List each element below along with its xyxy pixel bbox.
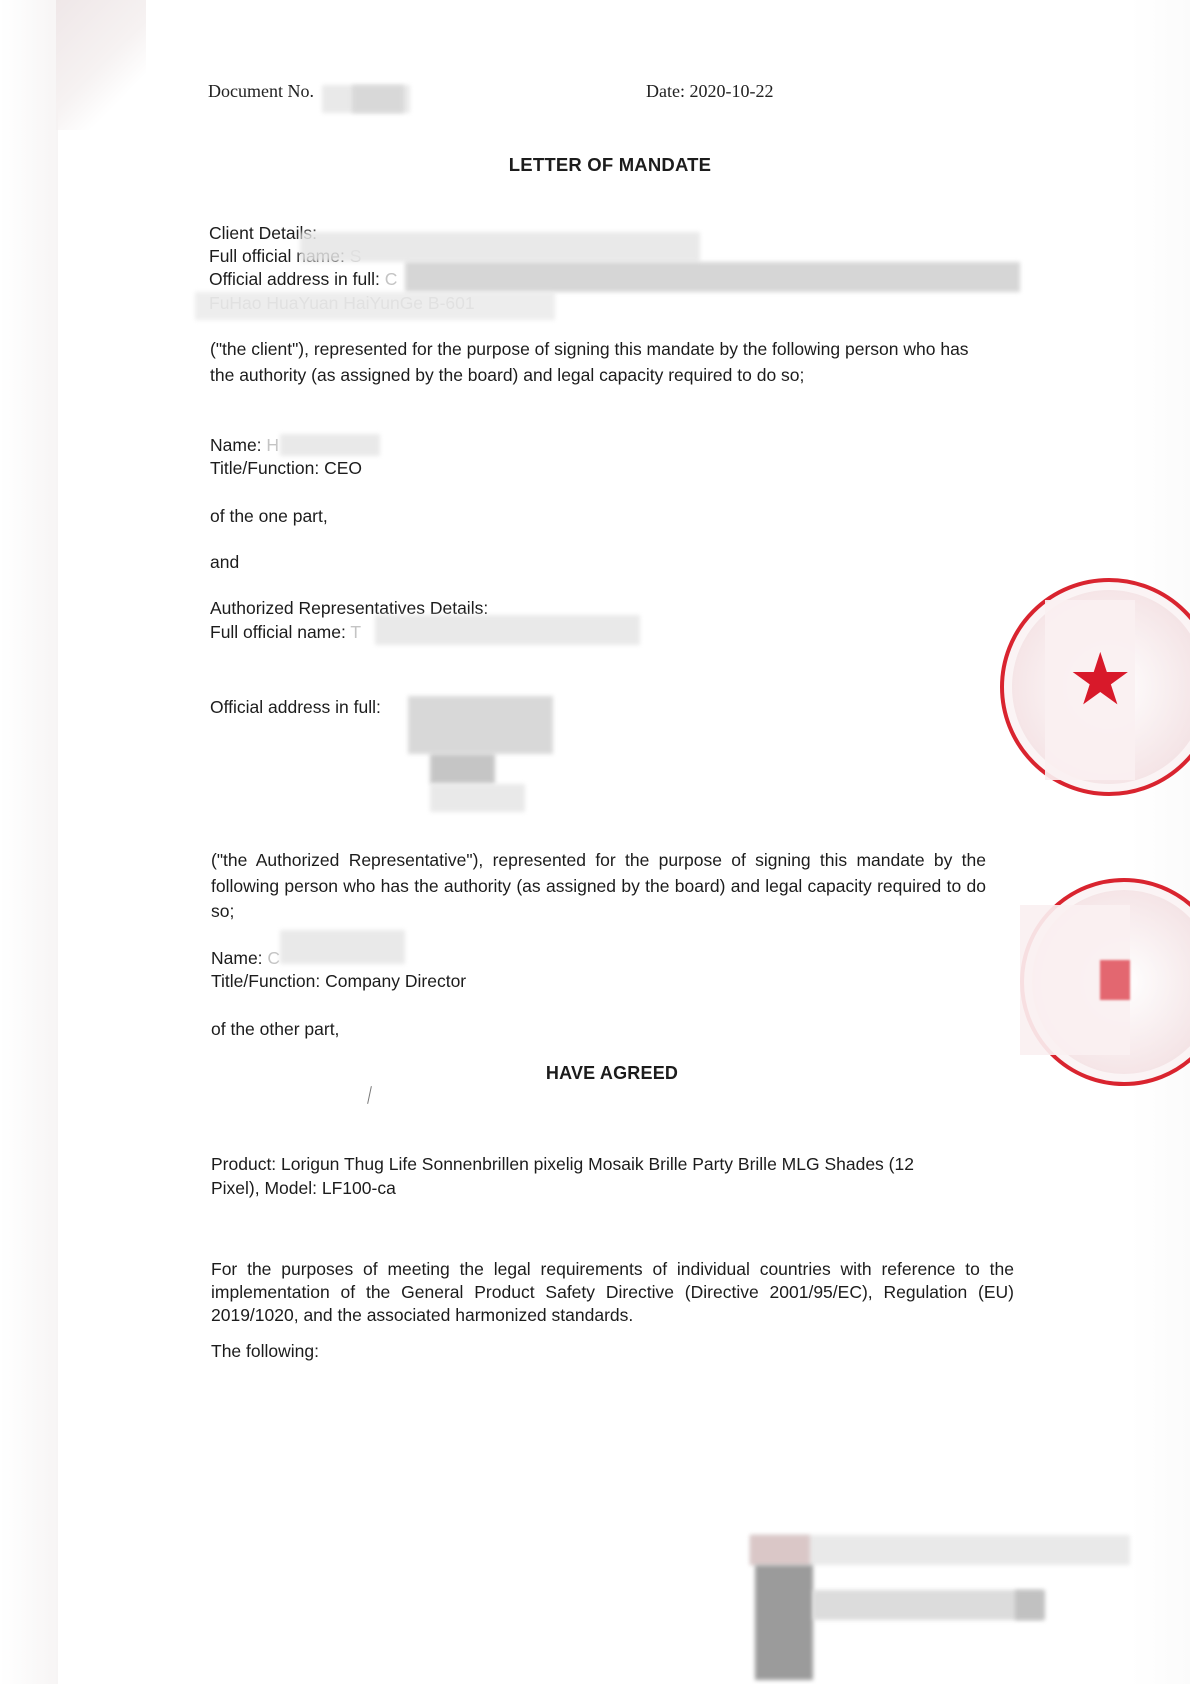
pen-mark xyxy=(367,1086,372,1104)
product-line-1: Product: Lorigun Thug Life Sonnenbrillen… xyxy=(211,1153,914,1176)
representative-signatory-name-label: Name: xyxy=(211,948,263,968)
client-clause: ("the client"), represented for the purp… xyxy=(210,337,985,388)
have-agreed-heading: HAVE AGREED xyxy=(0,1063,1190,1084)
other-part-text: of the other part, xyxy=(211,1018,339,1041)
page-edge-shadow xyxy=(0,0,58,1684)
one-part-text: of the one part, xyxy=(210,505,328,528)
representative-clause: ("the Authorized Representative"), repre… xyxy=(211,848,986,925)
redacted-representative-address-2 xyxy=(430,754,495,784)
redacted-signature-line-2 xyxy=(813,1590,1043,1620)
redacted-signature-mark xyxy=(755,1565,813,1680)
representative-address-label: Official address in full: xyxy=(210,696,381,719)
representative-signatory-name-value: C xyxy=(267,948,280,968)
redacted-representative-signatory-name xyxy=(280,930,405,964)
document-number-label: Document No. xyxy=(208,81,314,102)
stamp-star-icon: ★ xyxy=(1068,644,1133,716)
redacted-client-name xyxy=(300,232,700,262)
folded-corner-shadow xyxy=(56,0,146,130)
client-signatory-name-row: Name: H xyxy=(210,434,279,457)
representative-signatory-name-row: Name: C xyxy=(211,947,280,970)
redacted-client-address xyxy=(405,262,1020,292)
redacted-client-address-line2 xyxy=(195,292,555,320)
document-title: LETTER OF MANDATE xyxy=(0,154,1190,176)
redacted-representative-address-3 xyxy=(430,784,525,812)
following-text: The following: xyxy=(211,1340,319,1363)
redacted-document-number-core xyxy=(352,85,404,113)
stamp-2-star-fragment xyxy=(1100,960,1130,1000)
client-address-row: Official address in full: C xyxy=(209,268,397,291)
representative-full-name-label: Full official name: xyxy=(210,622,346,642)
client-signatory-title: Title/Function: CEO xyxy=(210,457,362,480)
client-address-label: Official address in full: xyxy=(209,269,380,289)
and-text: and xyxy=(210,551,239,574)
client-signatory-name-value: H xyxy=(266,435,279,455)
representative-signatory-title: Title/Function: Company Director xyxy=(211,970,466,993)
representative-full-name-row: Full official name: T xyxy=(210,621,361,644)
redacted-representative-address-1 xyxy=(408,696,553,754)
client-address-value: C xyxy=(385,269,398,289)
product-line-2: Pixel), Model: LF100-ca xyxy=(211,1177,396,1200)
purpose-clause: For the purposes of meeting the legal re… xyxy=(211,1258,1014,1327)
page-edge-right xyxy=(1130,0,1190,1684)
redacted-client-signatory-name xyxy=(280,434,380,456)
representative-full-name-value: T xyxy=(350,622,361,642)
redacted-representative-name xyxy=(375,615,640,645)
redacted-signature-line-2b xyxy=(1015,1590,1045,1620)
client-signatory-name-label: Name: xyxy=(210,435,262,455)
document-date: Date: 2020-10-22 xyxy=(646,81,773,102)
redacted-signature-stroke xyxy=(750,1535,810,1565)
